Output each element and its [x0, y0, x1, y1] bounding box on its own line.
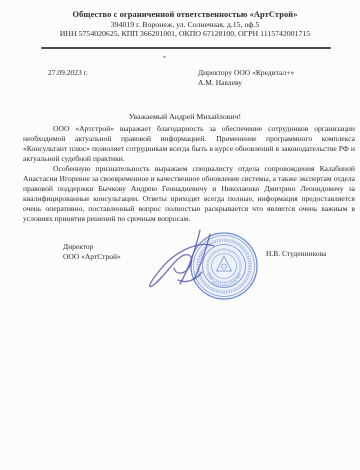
addressee-block: Директору ООО «Кредитал+» А.М. Навлеву: [198, 68, 294, 87]
signer-title-block: Директор ООО «АртСтрой»: [63, 242, 121, 262]
letterhead: Общество с ограниченной ответственностью…: [10, 10, 360, 39]
addressee-name: А.М. Навлеву: [198, 78, 294, 88]
signer-company: ООО «АртСтрой»: [63, 252, 121, 262]
scan-artifact-dot: [163, 56, 166, 58]
company-stamp: ДЛЯ ДОКУМЕНТОВ №2: [138, 218, 270, 316]
letter-body: ООО «Артстрой» выражает благодарность за…: [23, 124, 355, 224]
paragraph-gratitude: ООО «Артстрой» выражает благодарность за…: [23, 124, 355, 164]
letter-document: Общество с ограниченной ответственностью…: [0, 0, 360, 470]
addressee-title: Директору ООО «Кредитал+»: [198, 68, 294, 78]
letter-date: 27.09.2023 г.: [48, 68, 88, 77]
company-name: Общество с ограниченной ответственностью…: [10, 10, 360, 20]
signer-position: Директор: [63, 242, 121, 252]
paragraph-acknowledgement: Особенную признательность выражаем специ…: [23, 164, 355, 224]
signer-name: Н.В. Студенникова: [266, 249, 326, 258]
salutation: Уважаемый Андрей Михайлович!: [10, 112, 360, 121]
company-requisites: ИНН 5754020625, КПП 366201001, ОКПО 6712…: [10, 29, 360, 38]
company-address: 394019 г. Воронеж, ул. Солнечная, д.15, …: [10, 20, 360, 29]
letterhead-divider: [41, 47, 331, 49]
